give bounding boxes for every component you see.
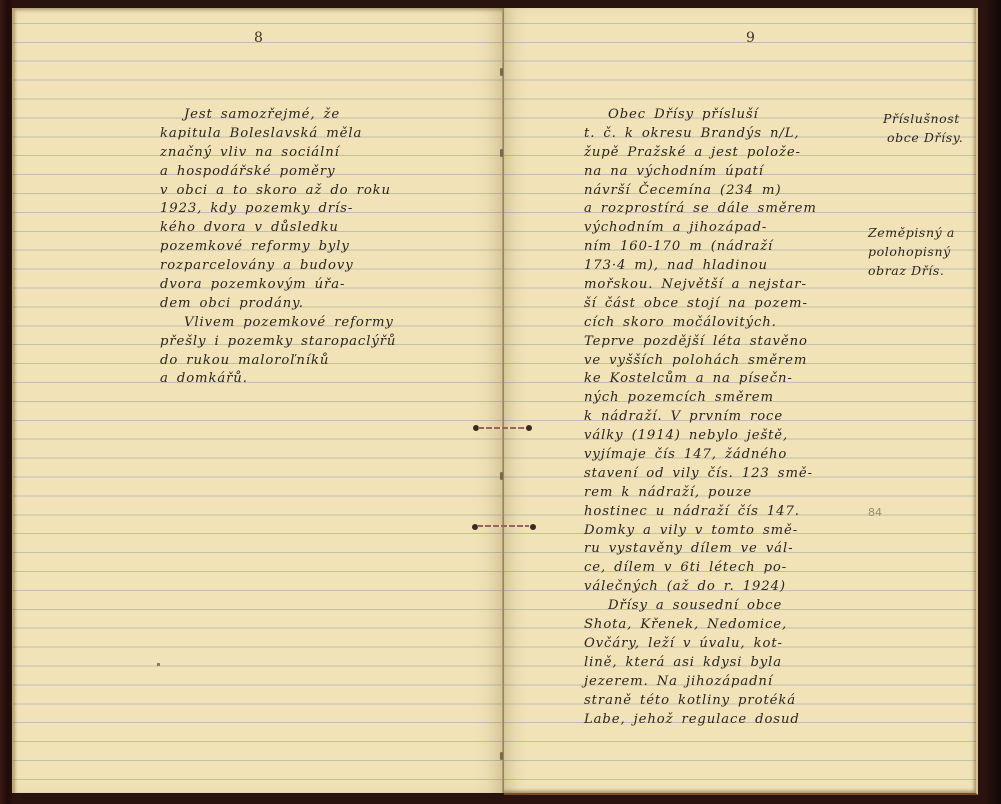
text-line: lině, která asi kdysi byla: [584, 654, 817, 673]
text-line: návrší Čecemína (234 m): [584, 182, 817, 201]
text-line: a hospodářské poměry: [160, 163, 396, 182]
binding-tear-mark: [500, 752, 503, 760]
text-line: Domky a vily v tomto smě-: [584, 522, 817, 541]
pencil-annotation: 84: [868, 506, 882, 519]
text-line: cích skoro močálovitých.: [584, 314, 817, 333]
text-line: 1923, kdy pozemky drís-: [160, 200, 396, 219]
text-line: kého dvora v důsledku: [160, 219, 396, 238]
text-line: a rozprostírá se dále směrem: [584, 200, 817, 219]
text-line: do rukou maloroľníků: [160, 352, 396, 371]
text-line: rem k nádraží, pouze: [584, 484, 817, 503]
margin-note-line: polohopisný: [868, 243, 955, 262]
right-page-text: Obec Dřísy přísluší t. č. k okresu Brand…: [584, 106, 817, 729]
text-line: 173·4 m), nad hladinou: [584, 257, 817, 276]
right-page-number: 9: [746, 30, 755, 46]
text-line: mořskou. Největší a nejstar-: [584, 276, 817, 295]
text-line: Shota, Křenek, Nedomice,: [584, 616, 817, 635]
binding-tear-mark: [500, 68, 503, 76]
text-line: hostinec u nádraží čís 147.: [584, 503, 817, 522]
margin-note-line: Příslušnost: [883, 110, 963, 129]
text-line: vyjímaje čís 147, žádného: [584, 446, 817, 465]
book-gutter: [502, 8, 504, 793]
text-line: rozparcelovány a budovy: [160, 257, 396, 276]
text-line: straně této kotliny protéká: [584, 692, 817, 711]
text-line: ru vystavěny dílem ve vál-: [584, 540, 817, 559]
text-line: přešly i pozemky staropaclýřů: [160, 333, 396, 352]
binding-tear-mark: [500, 149, 503, 157]
text-line: ce, dílem v 6ti létech po-: [584, 559, 817, 578]
text-line: pozemkové reformy byly: [160, 238, 396, 257]
text-line: ke Kostelcům a na písečn-: [584, 370, 817, 389]
binding-thread: [478, 427, 528, 429]
text-line: válečných (až do r. 1924): [584, 578, 817, 597]
binding-thread: [477, 525, 529, 527]
text-line: Dřísy a sousední obce: [584, 597, 817, 616]
text-line: Labe, jehož regulace dosud: [584, 711, 817, 730]
binding-tear-mark: [500, 472, 503, 480]
text-line: Vlivem pozemkové reformy: [160, 314, 396, 333]
text-line: Obec Dřísy přísluší: [584, 106, 817, 125]
margin-note-geography: Zeměpisný a polohopisný obraz Dřís.: [868, 224, 955, 281]
text-line: jezerem. Na jihozápadní: [584, 673, 817, 692]
text-line: v obci a to skoro až do roku: [160, 182, 396, 201]
margin-note-jurisdiction: Příslušnost obce Dřísy.: [883, 110, 963, 148]
text-line: ší část obce stojí na pozem-: [584, 295, 817, 314]
text-line: na na východním úpatí: [584, 163, 817, 182]
text-line: t. č. k okresu Brandýs n/L,: [584, 125, 817, 144]
left-page-number: 8: [254, 30, 263, 46]
left-page-text: Jest samozřejmé, že kapitula Boleslavská…: [160, 106, 396, 389]
text-line: ných pozemcích směrem: [584, 389, 817, 408]
text-line: k nádraží. V prvním roce: [584, 408, 817, 427]
ink-spot: [157, 663, 160, 666]
text-line: dem obci prodány.: [160, 295, 396, 314]
margin-note-line: obce Dřísy.: [883, 129, 963, 148]
text-line: a domkářů.: [160, 370, 396, 389]
margin-note-line: Zeměpisný a: [868, 224, 955, 243]
text-line: kapitula Boleslavská měla: [160, 125, 396, 144]
text-line: dvora pozemkovým úřa-: [160, 276, 396, 295]
text-line: Ovčáry, leží v úvalu, kot-: [584, 635, 817, 654]
text-line: ním 160-170 m (nádraží: [584, 238, 817, 257]
margin-note-line: obraz Dřís.: [868, 262, 955, 281]
stitch-hole: [530, 524, 536, 530]
text-line: ve vyšších polohách směrem: [584, 352, 817, 371]
text-line: stavení od vily čís. 123 smě-: [584, 465, 817, 484]
text-line: značný vliv na sociální: [160, 144, 396, 163]
stitch-hole: [526, 425, 532, 431]
text-line: župě Pražské a jest polože-: [584, 144, 817, 163]
text-line: války (1914) nebylo ještě,: [584, 427, 817, 446]
text-line: Teprve pozdější léta stavěno: [584, 333, 817, 352]
text-line: východním a jihozápad-: [584, 219, 817, 238]
text-line: Jest samozřejmé, že: [160, 106, 396, 125]
